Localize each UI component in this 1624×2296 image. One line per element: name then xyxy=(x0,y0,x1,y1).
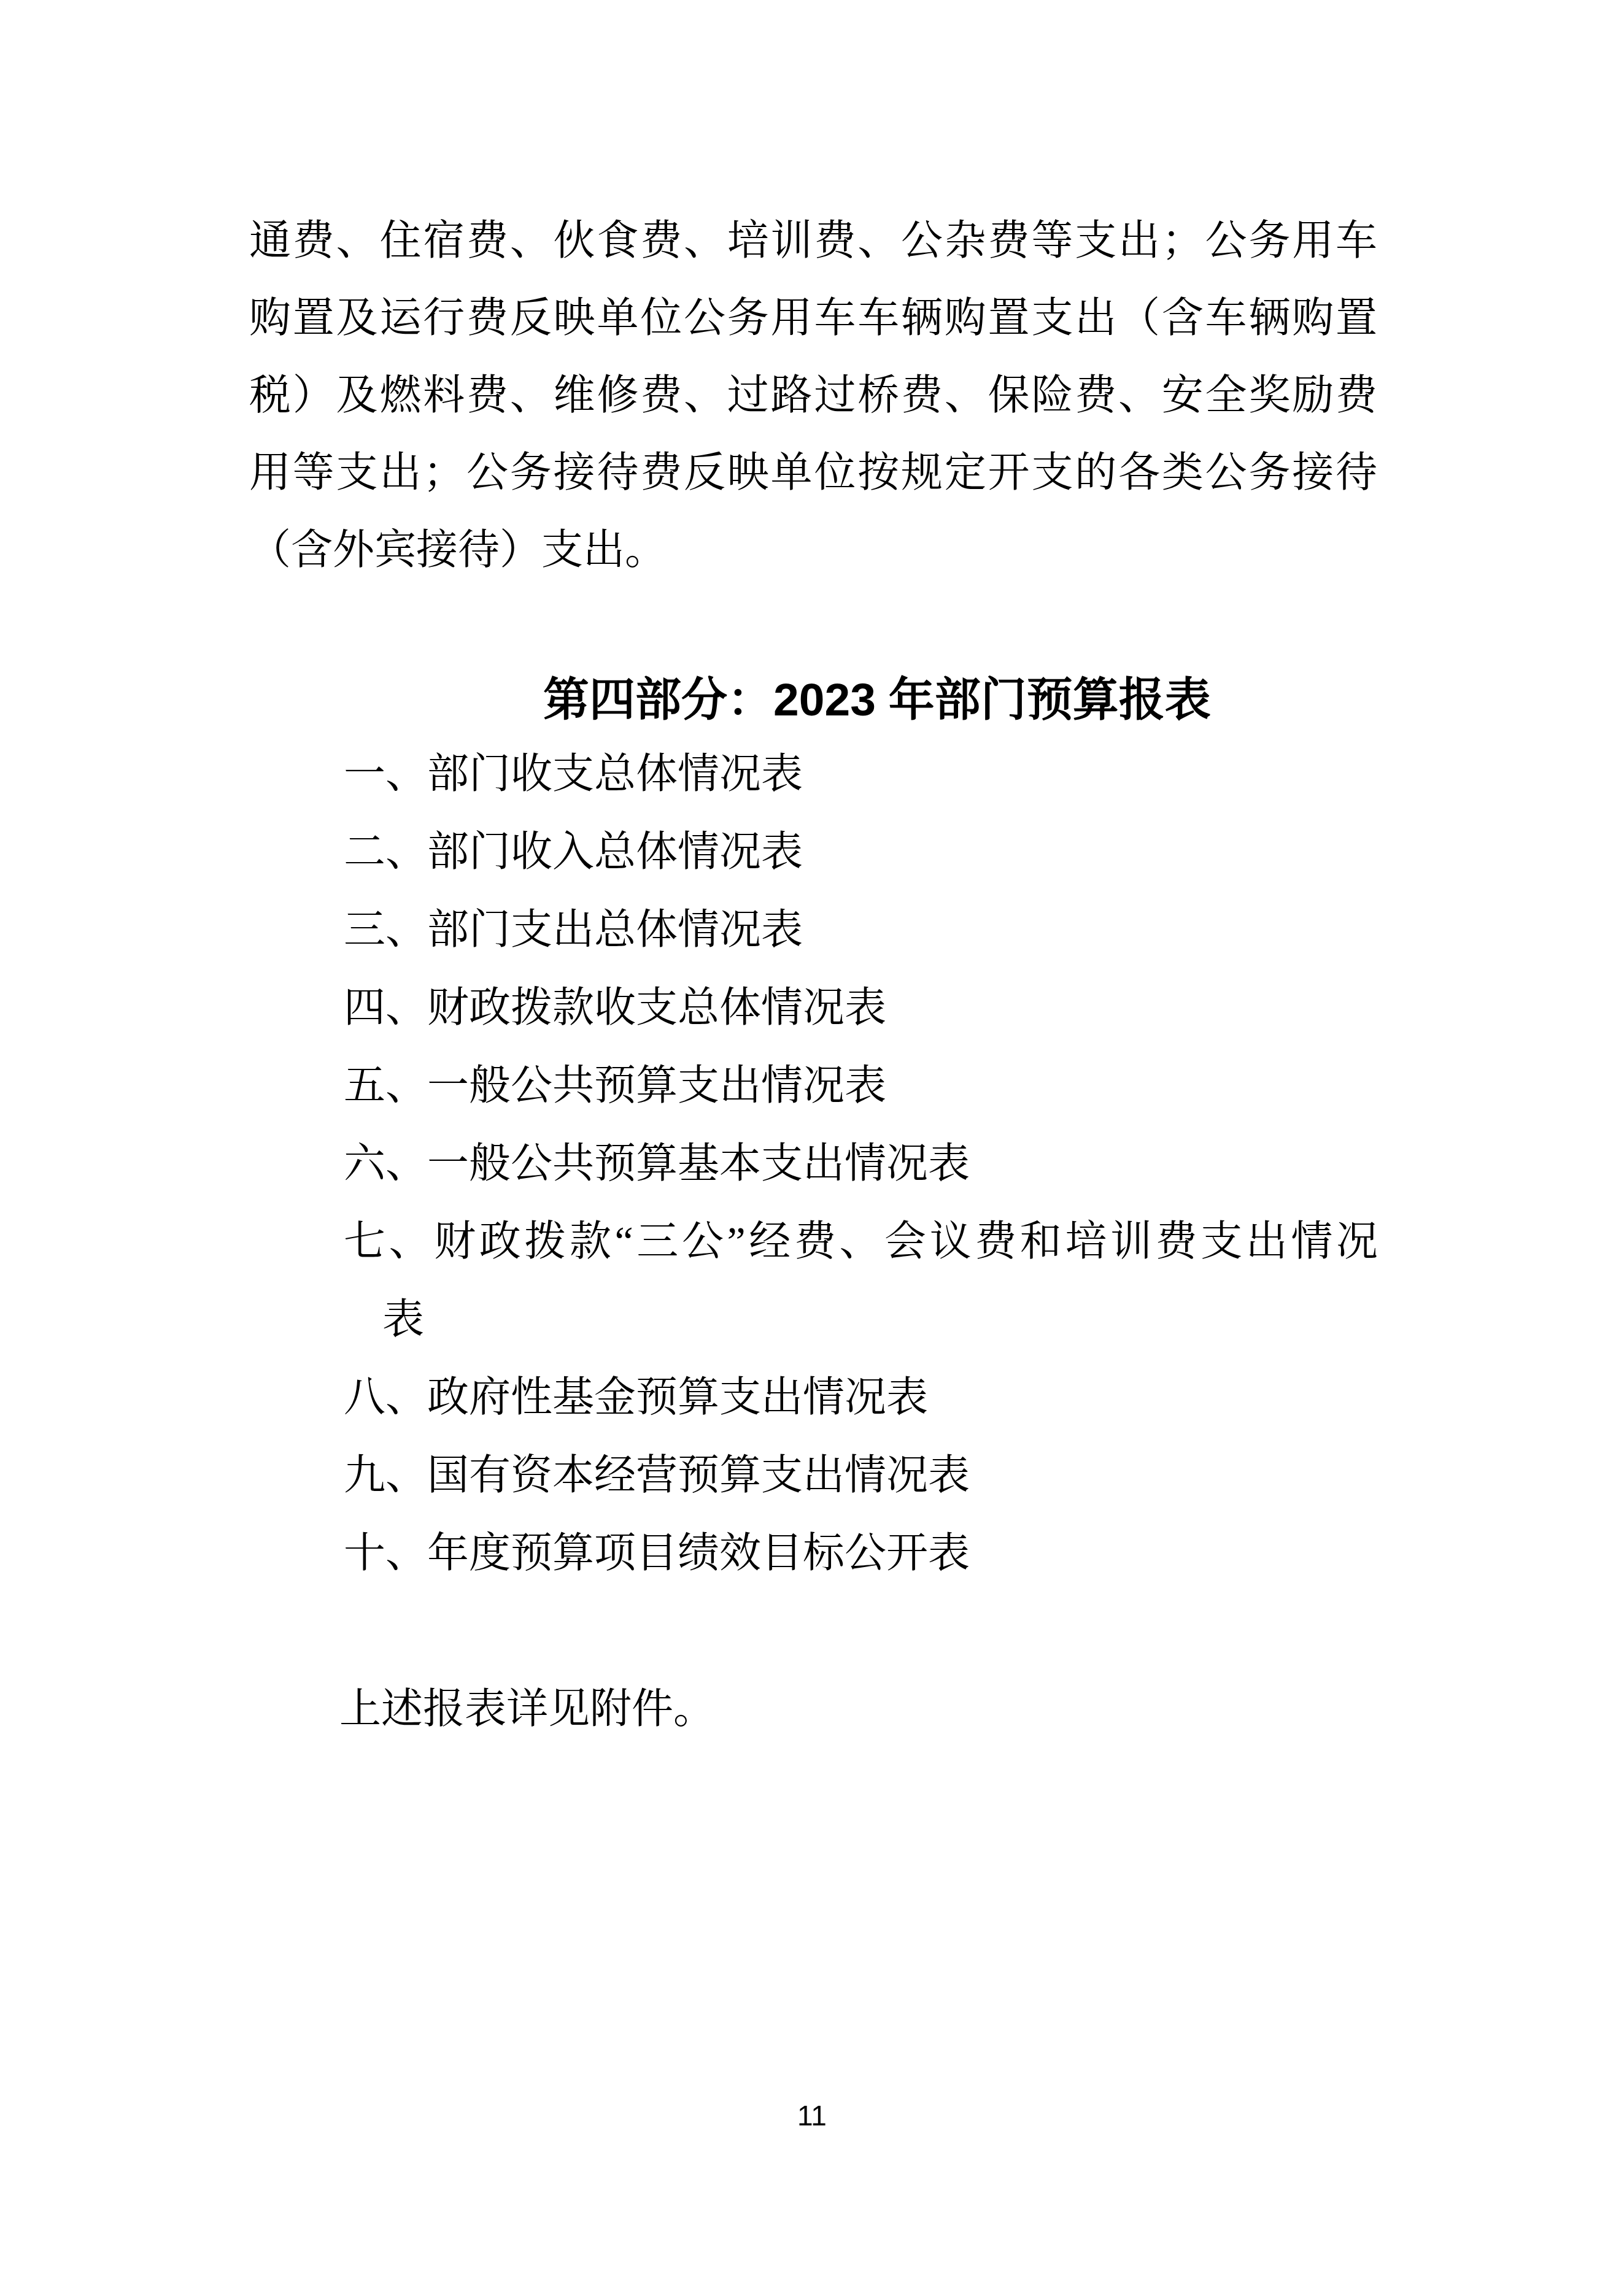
paragraph-line: （含外宾接待）支出。 xyxy=(249,511,1377,588)
report-list-item-6: 六、一般公共预算基本支出情况表 xyxy=(344,1125,1378,1203)
report-list-item-1: 一、部门收支总体情况表 xyxy=(344,735,1378,813)
body-paragraph: 通费、住宿费、伙食费、培训费、公杂费等支出；公务用车 购置及运行费反映单位公务用… xyxy=(249,202,1377,588)
report-list-item-8: 八、政府性基金预算支出情况表 xyxy=(344,1358,1378,1436)
report-list-item-10: 十、年度预算项目绩效目标公开表 xyxy=(344,1514,1378,1592)
report-list-item-7: 七、财政拨款“三公”经费、会议费和培训费支出情况 xyxy=(344,1203,1378,1281)
section-heading: 第四部分：2023 年部门预算报表 xyxy=(543,676,1211,723)
report-list-item-3: 三、部门支出总体情况表 xyxy=(344,891,1378,969)
report-list-item-9: 九、国有资本经营预算支出情况表 xyxy=(344,1436,1378,1514)
page-number: 11 xyxy=(0,2094,1624,2138)
report-table-list: 一、部门收支总体情况表 二、部门收入总体情况表 三、部门支出总体情况表 四、财政… xyxy=(344,735,1378,1592)
closing-line: 上述报表详见附件。 xyxy=(339,1670,715,1748)
paragraph-line: 通费、住宿费、伙食费、培训费、公杂费等支出；公务用车 xyxy=(249,202,1377,279)
report-list-item-4: 四、财政拨款收支总体情况表 xyxy=(344,969,1378,1047)
document-page: 通费、住宿费、伙食费、培训费、公杂费等支出；公务用车 购置及运行费反映单位公务用… xyxy=(0,0,1624,2296)
paragraph-line: 税）及燃料费、维修费、过路过桥费、保险费、安全奖励费 xyxy=(249,356,1377,434)
paragraph-line: 购置及运行费反映单位公务用车车辆购置支出（含车辆购置 xyxy=(249,279,1377,356)
report-list-item-7-wrapped-line: 表 xyxy=(344,1281,1378,1358)
paragraph-line: 用等支出；公务接待费反映单位按规定开支的各类公务接待 xyxy=(249,434,1377,511)
report-list-item-5: 五、一般公共预算支出情况表 xyxy=(344,1047,1378,1125)
report-list-item-2: 二、部门收入总体情况表 xyxy=(344,813,1378,891)
